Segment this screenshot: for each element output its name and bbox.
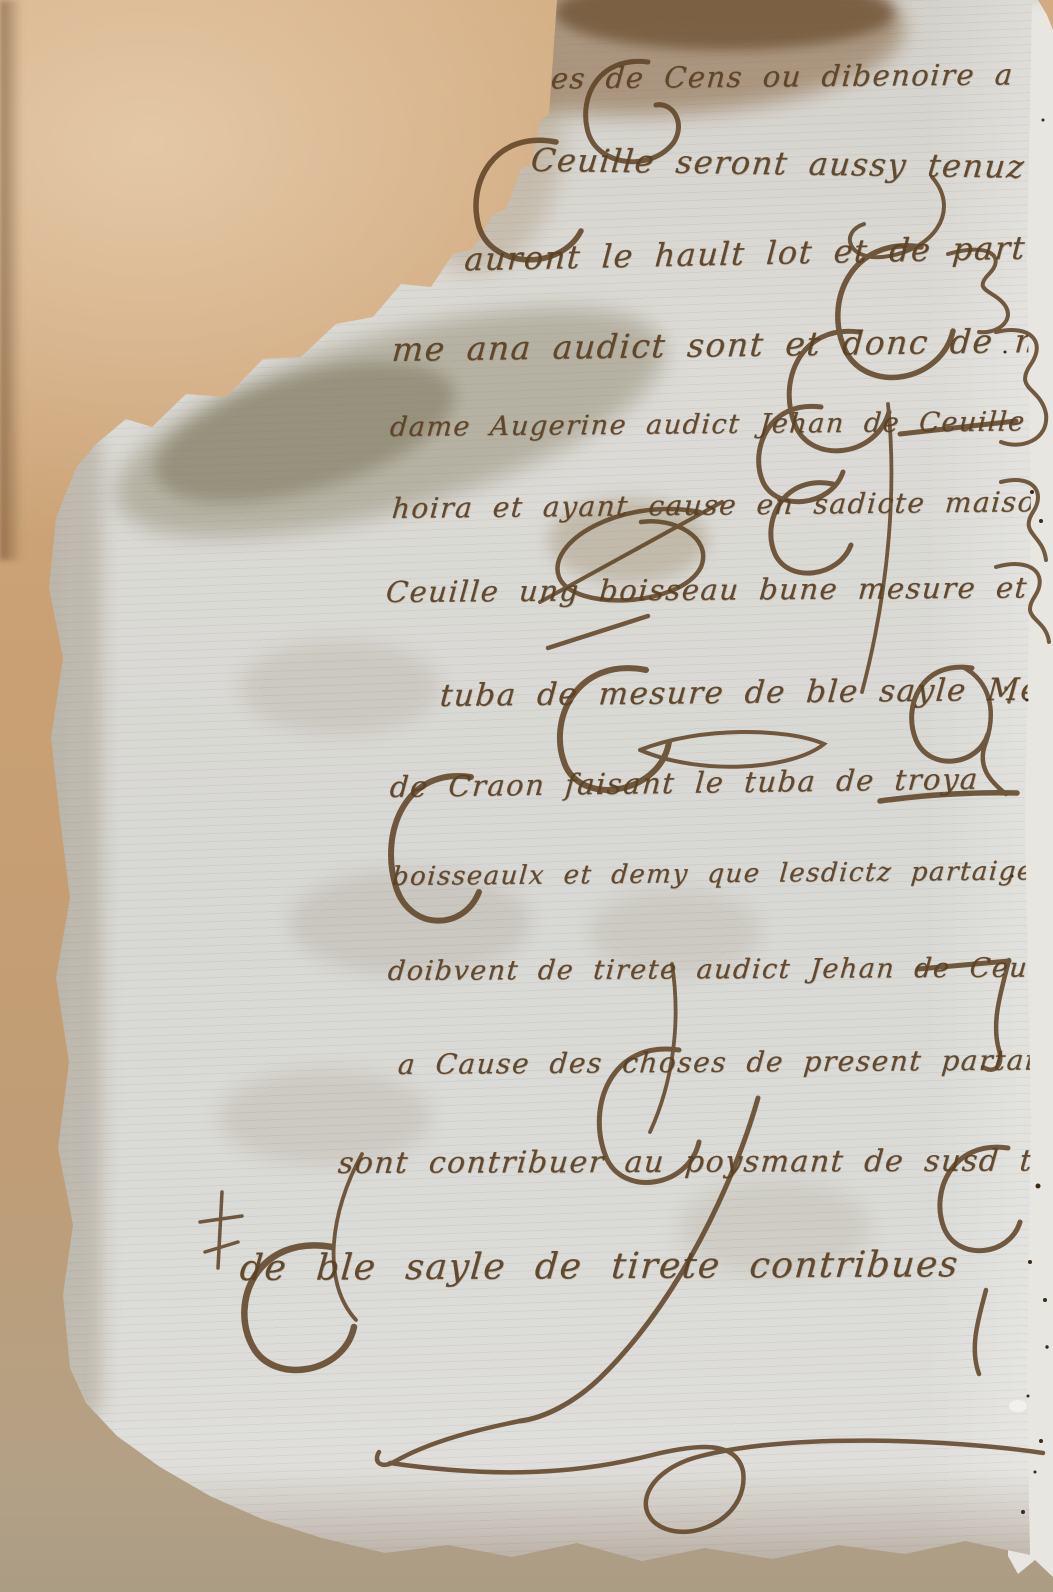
manuscript-photo: auges de Cens ou dibenoire a Cause de Ce… [0,0,1053,1592]
bleedthrough-1 [240,640,440,735]
manuscript-line: a Cause des choses de present partaige [397,1043,1053,1081]
manuscript-line: hoira et ayant cause en sadicte maison a [391,485,1053,525]
manuscript-line: boisseaulx et demy que lesdictz partaige… [391,856,1053,892]
manuscript-line: doibvent de tirete audict Jehan de Ceuil… [387,952,1053,987]
manuscript-line: de Ceuille seront aussy tenuz [466,140,1027,186]
manuscript-line: auges de Cens ou dibenoire a Cause [491,56,1053,96]
manuscript-line: tuba de mesure de ble sayle Mesure [439,671,1053,714]
manuscript-line: Ceuille ung boisseau bune mesure et ung [385,570,1053,609]
manuscript-line: sont contribuer au poysmant de susd tuba [337,1143,1053,1181]
manuscript-line: de ble sayle de tirete contribues [238,1244,960,1289]
manuscript-line: dame Augerine audict Jehan de Ceuille se… [389,406,1053,443]
background-shadow [0,0,22,560]
